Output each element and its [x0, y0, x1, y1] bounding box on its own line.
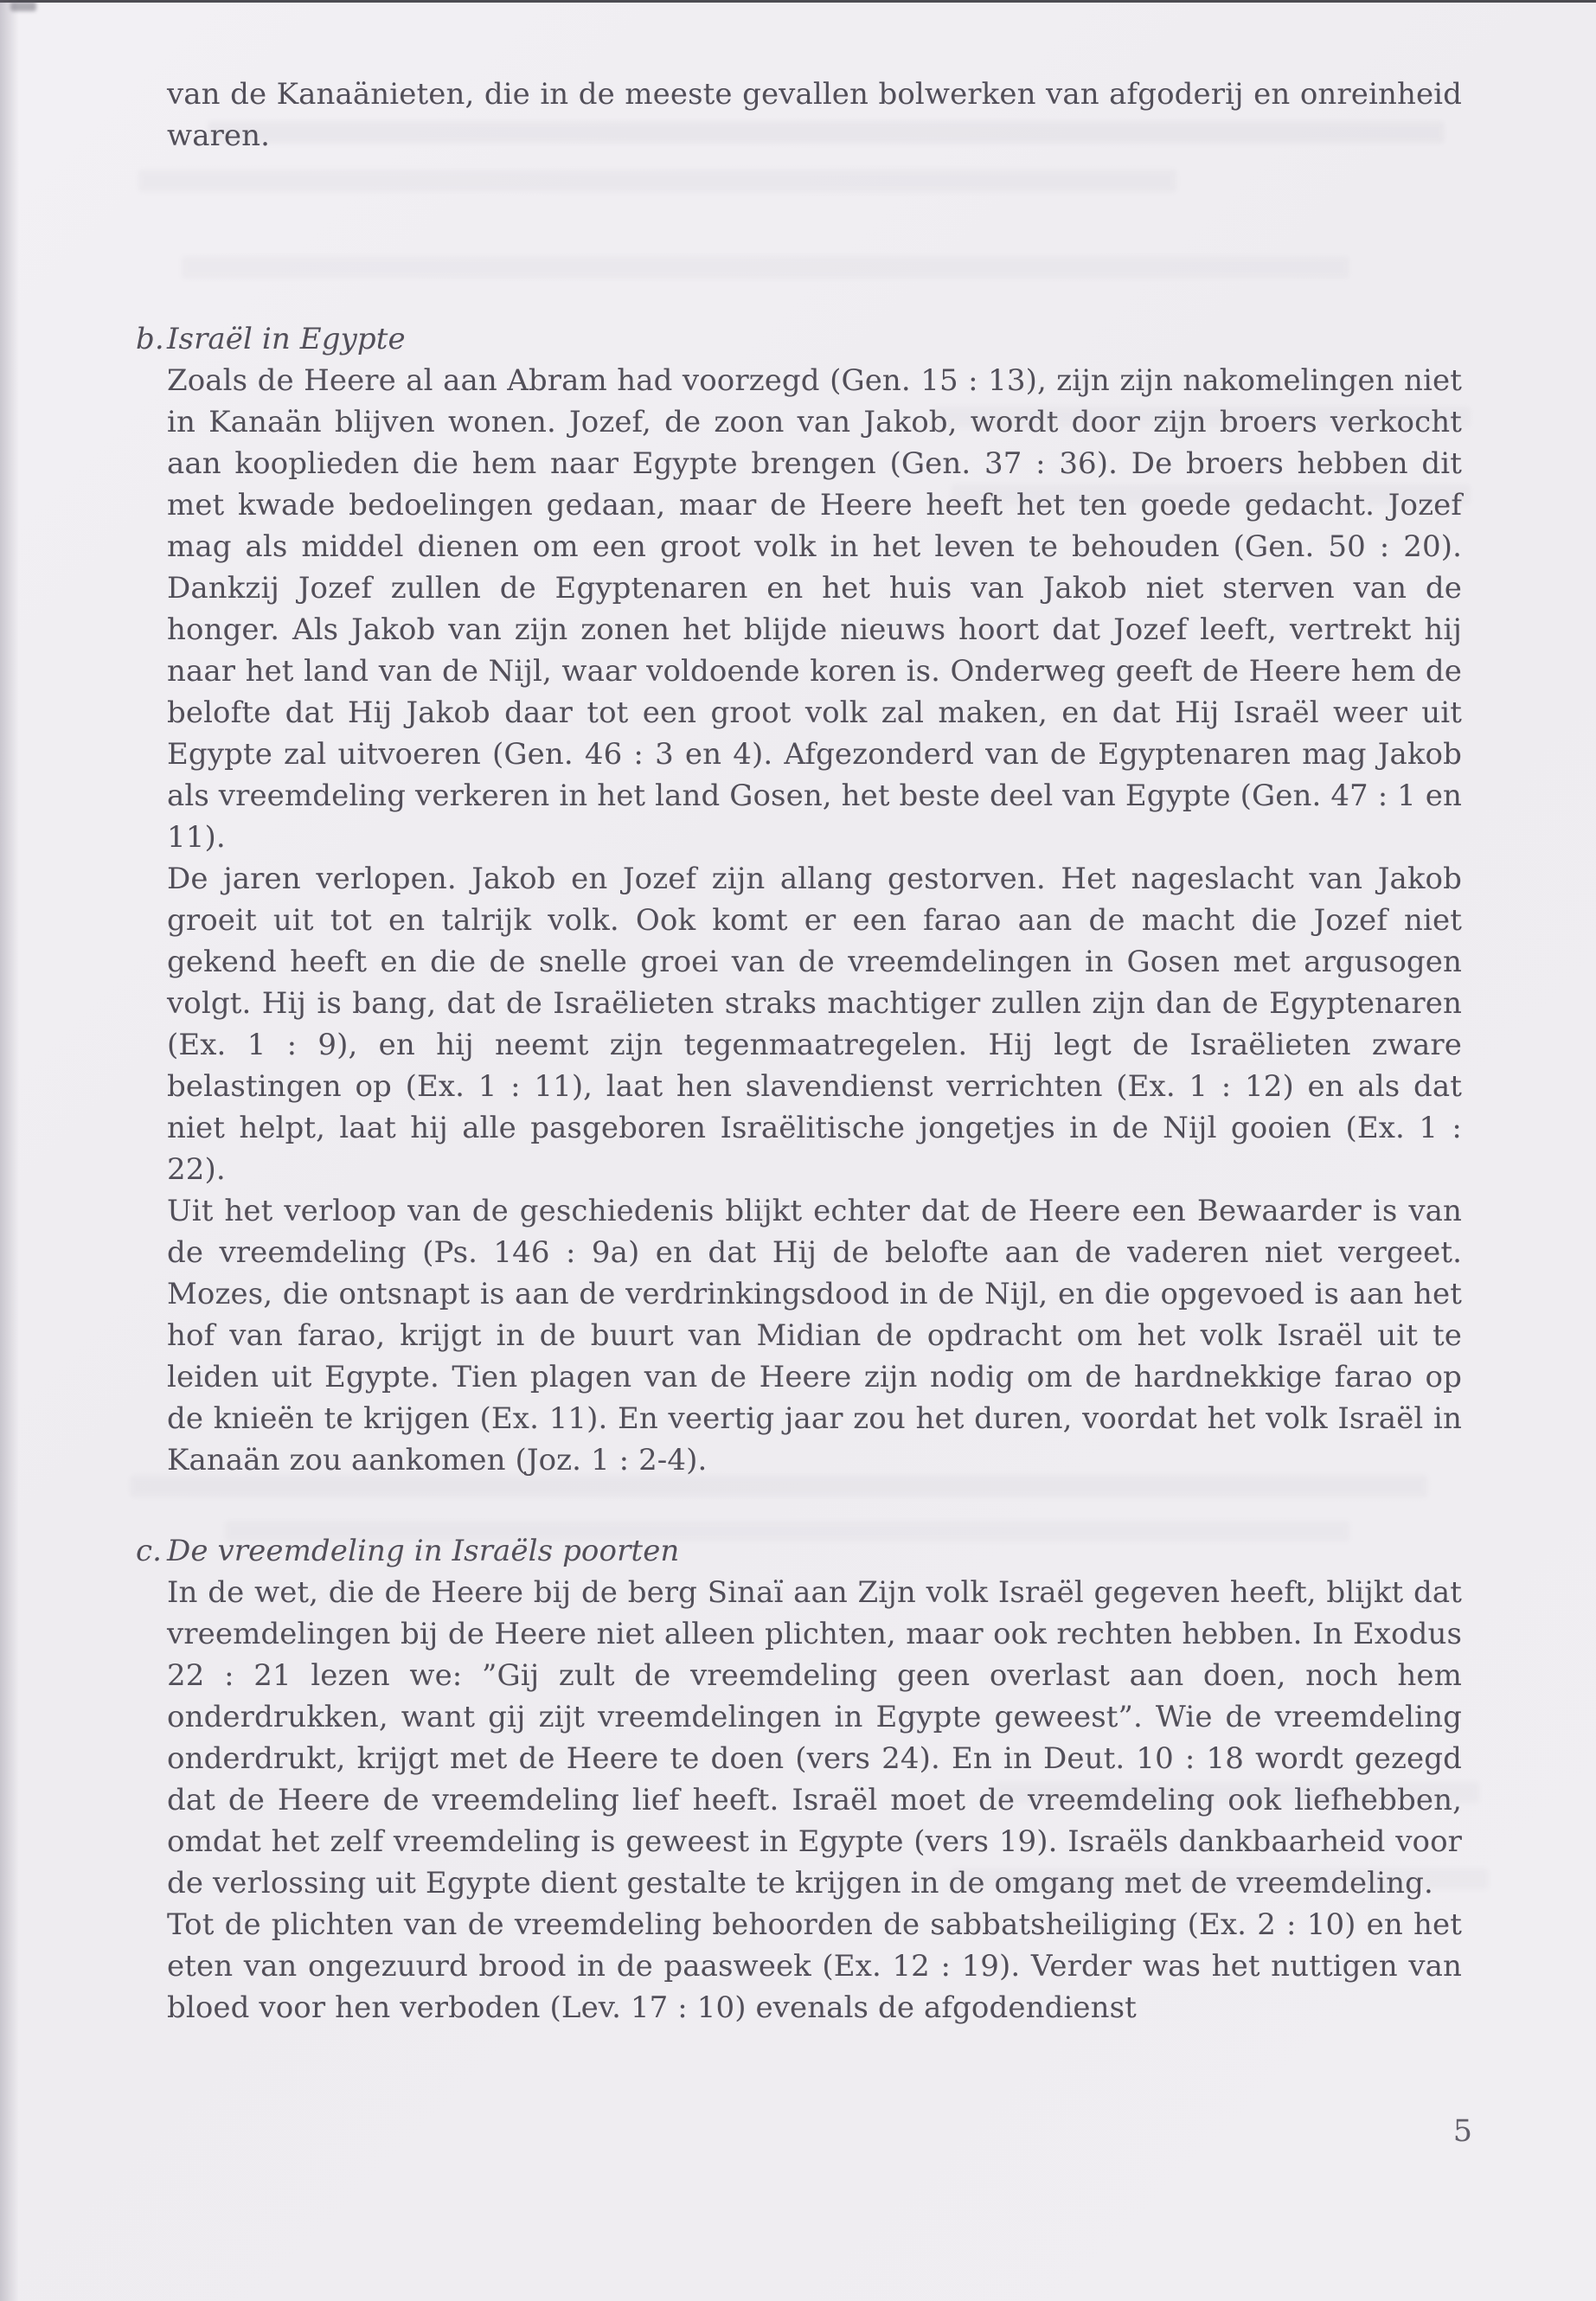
page-number: 5 — [1375, 2111, 1472, 2152]
text-block: van de Kanaänieten, die in de meeste gev… — [167, 74, 1462, 2029]
scan-top-edge-line — [0, 0, 1596, 3]
section-c-paragraph-2: Tot de plichten van de vreemdeling behoo… — [167, 1904, 1462, 2029]
section-b-paragraph-2: De jaren verlopen. Jakob en Jozef zijn a… — [167, 858, 1462, 1190]
section-b-paragraph-1: Zoals de Heere al aan Abram had voorzegd… — [167, 360, 1462, 858]
page-left-edge-shadow — [0, 0, 19, 2301]
section-c-paragraph-1: In de wet, die de Heere bij de berg Sina… — [167, 1572, 1462, 1904]
section-heading-b: b.Israël in Egypte — [136, 318, 1462, 360]
section-gap — [167, 1481, 1462, 1530]
section-heading-c: c.De vreemdeling in Israëls poorten — [136, 1530, 1462, 1572]
section-title-c: De vreemdeling in Israëls poorten — [167, 1534, 679, 1568]
scanned-book-page: van de Kanaänieten, die in de meeste gev… — [0, 0, 1596, 2301]
section-gap — [167, 157, 1462, 318]
section-letter-c: c. — [136, 1530, 167, 1572]
intro-continuation-paragraph: van de Kanaänieten, die in de meeste gev… — [167, 74, 1462, 157]
section-b-paragraph-3: Uit het verloop van de geschiedenis blij… — [167, 1190, 1462, 1481]
section-title-b: Israël in Egypte — [167, 322, 406, 356]
section-letter-b: b. — [136, 318, 167, 360]
